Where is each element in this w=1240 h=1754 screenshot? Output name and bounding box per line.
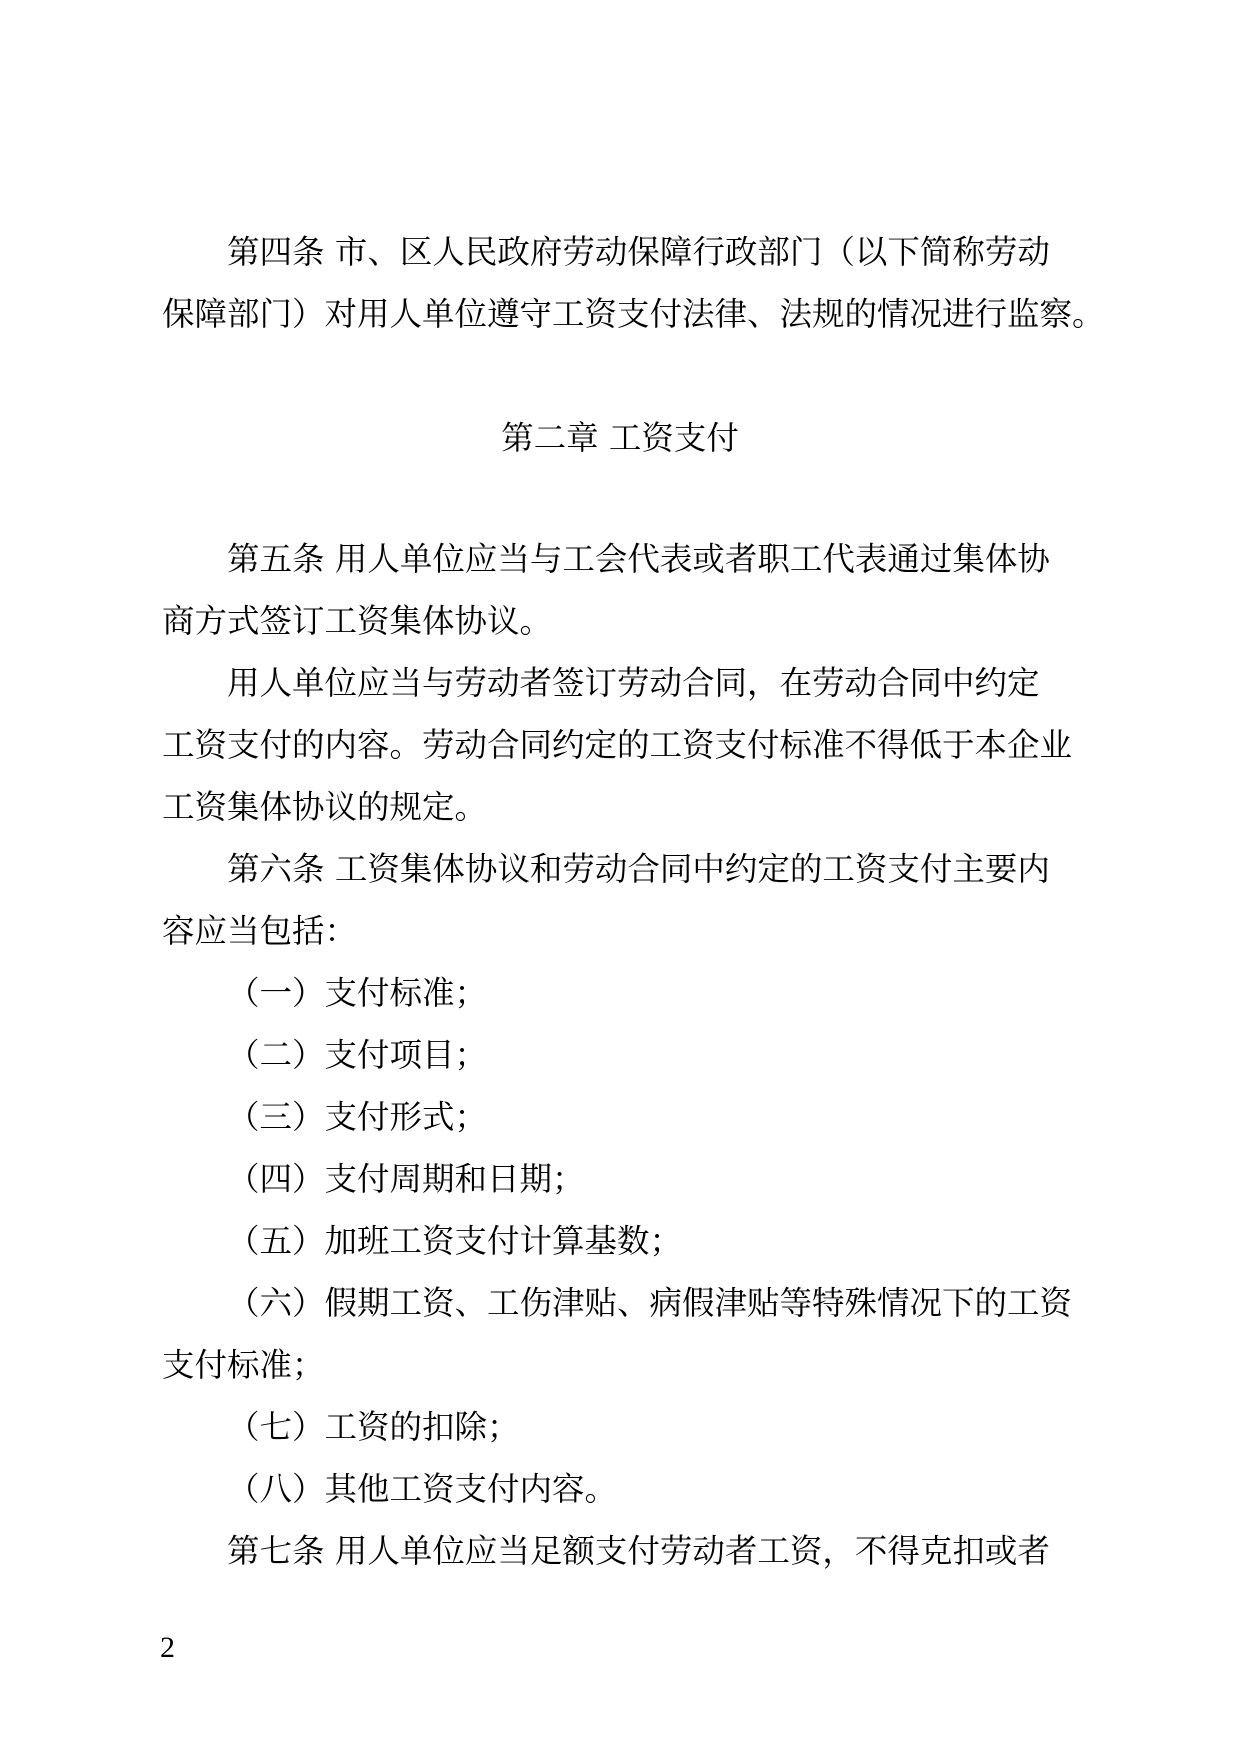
- document-page: 第四条 市、区人民政府劳动保障行政部门（以下简称劳动 保障部门）对用人单位遵守工…: [0, 0, 1240, 1754]
- article-5-line-1: 第五条 用人单位应当与工会代表或者职工代表通过集体协: [227, 528, 1157, 590]
- list-item-continuation: 支付标准；: [162, 1334, 1092, 1396]
- list-item: （四）支付周期和日期；: [227, 1148, 1157, 1210]
- list-item: （五）加班工资支付计算基数；: [227, 1210, 1157, 1272]
- page-number: 2: [160, 1630, 175, 1666]
- article-4-line-1: 第四条 市、区人民政府劳动保障行政部门（以下简称劳动: [227, 221, 1157, 283]
- list-item: （三）支付形式；: [227, 1086, 1157, 1148]
- article-5-para2-line-1: 用人单位应当与劳动者签订劳动合同，在劳动合同中约定: [227, 652, 1157, 714]
- list-item: （八）其他工资支付内容。: [227, 1458, 1157, 1520]
- article-5-para2-line-2: 工资支付的内容。劳动合同约定的工资支付标准不得低于本企业: [162, 714, 1092, 776]
- list-item: （一）支付标准；: [227, 962, 1157, 1024]
- article-7-line-1: 第七条 用人单位应当足额支付劳动者工资，不得克扣或者: [227, 1520, 1157, 1582]
- article-6-line-1: 第六条 工资集体协议和劳动合同中约定的工资支付主要内: [227, 838, 1157, 900]
- list-item: （六）假期工资、工伤津贴、病假津贴等特殊情况下的工资: [227, 1272, 1157, 1334]
- article-5-para2-line-3: 工资集体协议的规定。: [162, 776, 1092, 838]
- chapter-heading: 第二章 工资支付: [0, 407, 1240, 469]
- list-item: （二）支付项目；: [227, 1024, 1157, 1086]
- list-item: （七）工资的扣除；: [227, 1396, 1157, 1458]
- article-5-line-2: 商方式签订工资集体协议。: [162, 590, 1092, 652]
- article-6-line-2: 容应当包括：: [162, 900, 1092, 962]
- article-4-line-2: 保障部门）对用人单位遵守工资支付法律、法规的情况进行监察。: [162, 283, 1092, 345]
